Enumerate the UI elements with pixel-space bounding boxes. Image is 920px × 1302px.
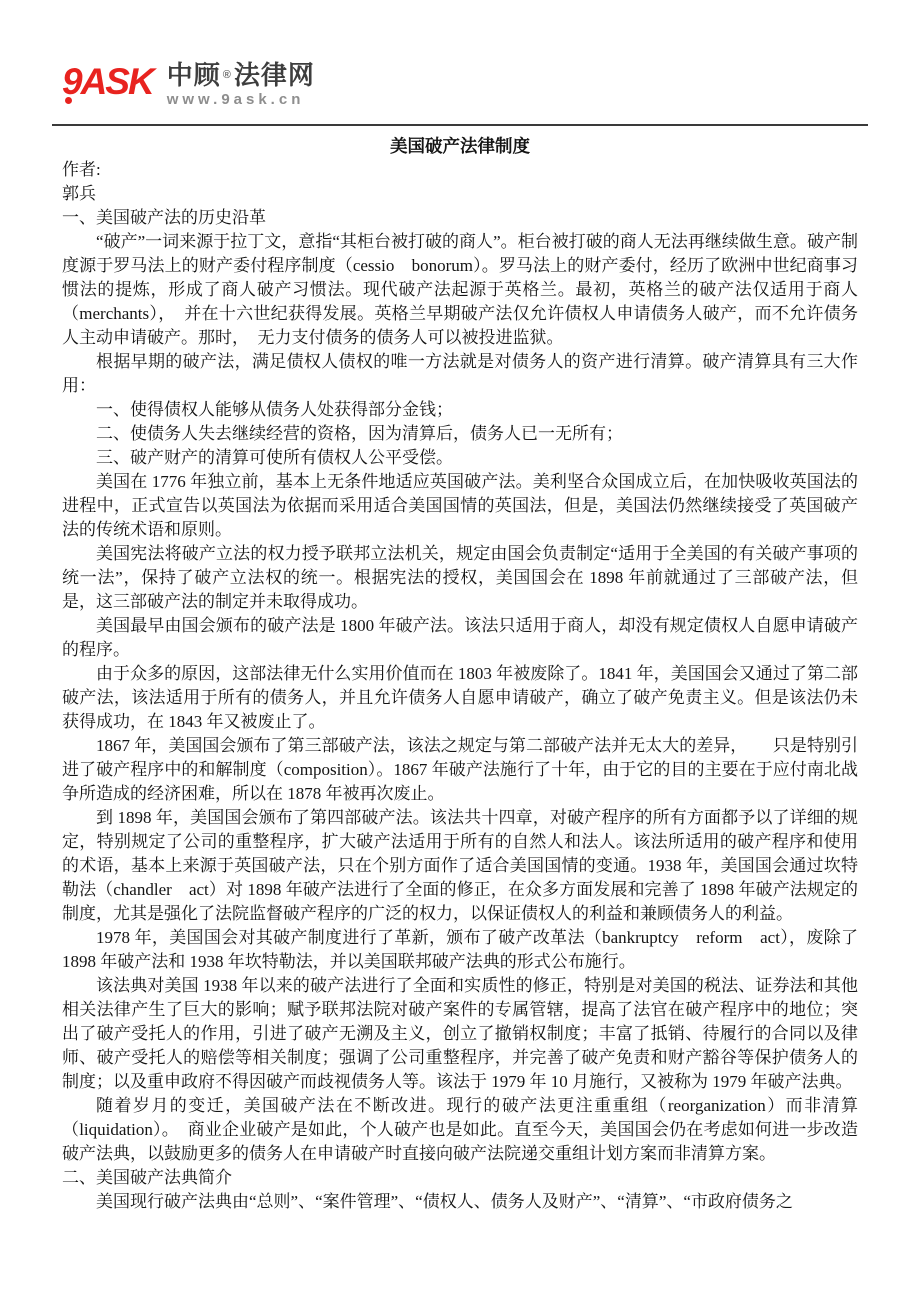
paragraph-1898-act: 到 1898 年，美国国会颁布了第四部破产法。该法共十四章，对破产程序的所有方面…	[62, 806, 858, 926]
logo-site-name: 法律网	[234, 60, 315, 90]
list-item-1: 一、使得债权人能够从债务人处获得部分金钱；	[62, 398, 858, 422]
author-label: 作者:	[62, 158, 858, 182]
paragraph-1978-reform: 1978 年，美国国会对其破产制度进行了革新，颁布了破产改革法（bankrupt…	[62, 926, 858, 974]
list-item-2: 二、使债务人失去继续经营的资格，因为清算后，债务人已一无所有；	[62, 422, 858, 446]
paragraph-bankruptcy-origin: “破产”一词来源于拉丁文，意指“其柜台被打破的商人”。柜台被打破的商人无法再继续…	[62, 230, 858, 350]
document-page: 9ASK 中顾®法律网 www.9ask.cn 美国破产法律制度 作者: 郭兵 …	[0, 0, 920, 1302]
paragraph-code-revision: 该法典对美国 1938 年以来的破产法进行了全面和实质性的修正，特别是对美国的税…	[62, 974, 858, 1094]
logo-text-block: 中顾®法律网 www.9ask.cn	[167, 60, 315, 108]
document-body: 美国破产法律制度 作者: 郭兵 一、美国破产法的历史沿革 “破产”一词来源于拉丁…	[62, 134, 858, 1214]
list-item-3: 三、破产财产的清算可使所有债权人公平受偿。	[62, 446, 858, 470]
section-heading-history: 一、美国破产法的历史沿革	[62, 206, 858, 230]
section-heading-code-intro: 二、美国破产法典简介	[62, 1166, 858, 1190]
paragraph-current-code: 美国现行破产法典由“总则”、“案件管理”、“债权人、债务人及财产”、“清算”、“…	[62, 1190, 858, 1214]
document-title: 美国破产法律制度	[62, 134, 858, 158]
author-name: 郭兵	[62, 182, 858, 206]
logo-company-name: 中顾®法律网	[167, 60, 315, 90]
paragraph-1776: 美国在 1776 年独立前，基本上无条件地适应英国破产法。美利坚合众国成立后，在…	[62, 470, 858, 542]
logo-url: www.9ask.cn	[167, 91, 315, 108]
paragraph-early-law-intro: 根据早期的破产法，满足债权人债权的唯一方法就是对债务人的资产进行清算。破产清算具…	[62, 350, 858, 398]
registered-trademark-icon: ®	[223, 69, 232, 81]
paragraph-constitution: 美国宪法将破产立法的权力授予联邦立法机关，规定由国会负责制定“适用于全美国的有关…	[62, 542, 858, 614]
site-header: 9ASK 中顾®法律网 www.9ask.cn	[62, 60, 858, 114]
header-divider	[52, 124, 868, 126]
9ask-brand-icon: 9ASK	[62, 60, 159, 104]
9ask-logo: 9ASK 中顾®法律网 www.9ask.cn	[62, 60, 858, 108]
logo-company: 中顾	[167, 60, 221, 90]
paragraph-1841-act: 由于众多的原因，这部法律无什么实用价值而在 1803 年被废除了。1841 年，…	[62, 662, 858, 734]
paragraph-1800-act: 美国最早由国会颁布的破产法是 1800 年破产法。该法只适用于商人，却没有规定债…	[62, 614, 858, 662]
paragraph-reorganization: 随着岁月的变迁，美国破产法在不断改进。现行的破产法更注重重组（reorganiz…	[62, 1094, 858, 1166]
paragraph-1867-act: 1867 年，美国国会颁布了第三部破产法，该法之规定与第二部破产法并无太大的差异…	[62, 734, 858, 806]
